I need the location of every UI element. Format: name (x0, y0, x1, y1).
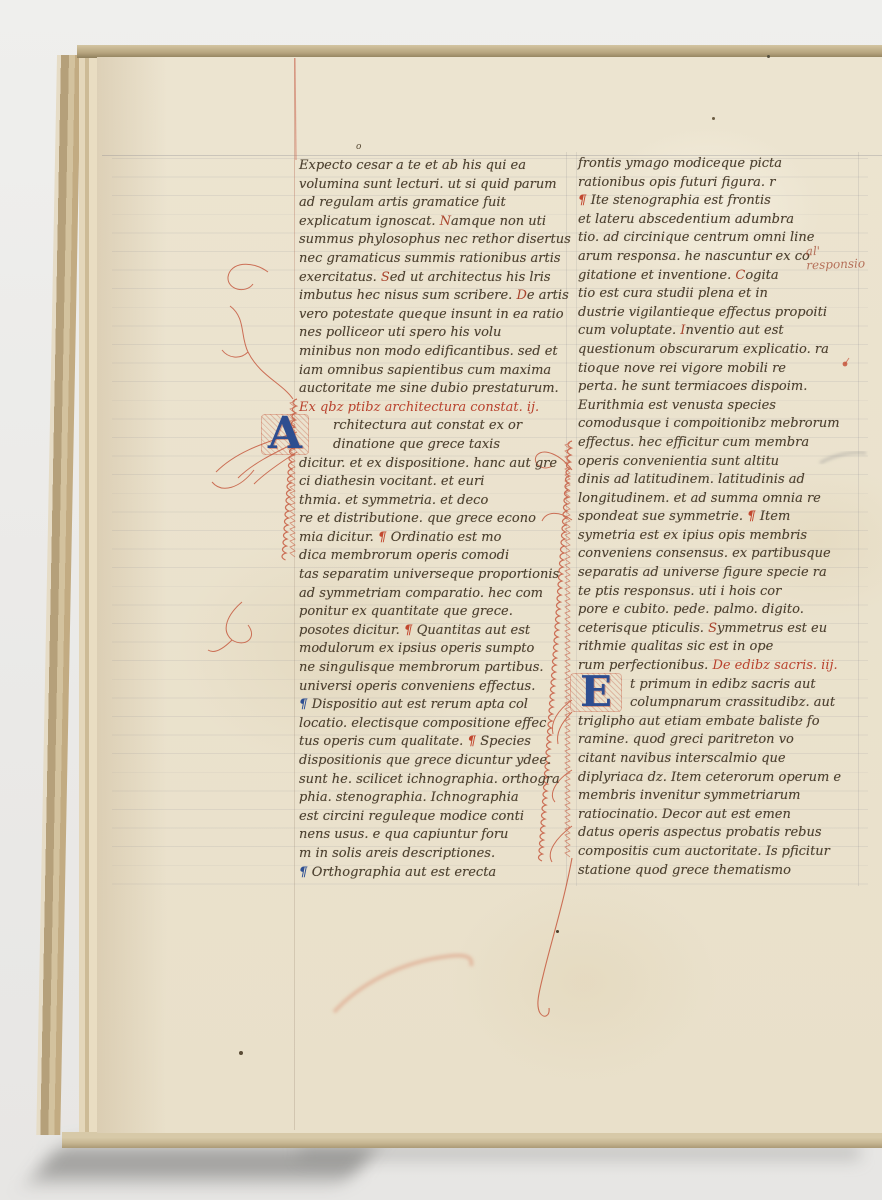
manuscript-text-line: m in solis areis descriptiones. (299, 845, 565, 864)
manuscript-text-line: nec gramaticus summis rationibus artis (299, 250, 565, 269)
manuscript-text-line: mia dicitur. ¶ Ordinatio est mo (299, 529, 565, 548)
ruling-vertical-line (576, 152, 577, 886)
manuscript-text-line: thmia. et symmetria. et deco (299, 492, 565, 511)
manuscript-text-line: ci diathesin vocitant. et euri (299, 473, 565, 492)
manuscript-text-line: tio est cura studii plena et in (578, 285, 850, 304)
manuscript-text-line: frontis ymago modiceque picta (578, 155, 850, 174)
manuscript-text-line: compositis cum auctoritate. Is pficitur (578, 843, 850, 862)
manuscript-text-line: tioque nove rei vigore mobili re (578, 360, 850, 379)
manuscript-text-line: locatio. electisque compositione effec (299, 715, 565, 734)
text-column-left: Expecto cesar a te et ab his qui eavolum… (299, 157, 565, 882)
bottom-page-edges (62, 1132, 882, 1148)
manuscript-text-line: ratiocinatio. Decor aut est emen (578, 806, 850, 825)
manuscript-text-line: posotes dicitur. ¶ Quantitas aut est (299, 622, 565, 641)
manuscript-text-line: triglipho aut etiam embate baliste fo (578, 713, 850, 732)
ruling-vertical-line (294, 58, 295, 1130)
interlinear-mark: o (356, 142, 361, 152)
manuscript-text-line: membris invenitur symmetriarum (578, 787, 850, 806)
manuscript-text-line: effectus. hec efficitur cum membra (578, 434, 850, 453)
manuscript-text-line: datus operis aspectus probatis rebus (578, 824, 850, 843)
manuscript-text-line: te ptis responsus. uti i hois cor (578, 583, 850, 602)
manuscript-text-line: iam omnibus sapientibus cum maxima (299, 362, 565, 381)
manuscript-text-line: operis convenientia sunt altitu (578, 453, 850, 472)
manuscript-text-line: rithmie qualitas sic est in ope (578, 638, 850, 657)
manuscript-text-line: summus phylosophus nec rethor disertus (299, 231, 565, 250)
manuscript-text-line: imbutus hec nisus sum scribere. De artis (299, 287, 565, 306)
manuscript-text-line: statione quod grece thematismo (578, 862, 850, 881)
ruling-vertical-line (566, 152, 567, 886)
manuscript-text-line: cum voluptate. Inventio aut est (578, 322, 850, 341)
manuscript-text-line: conveniens consensus. ex partibusque (578, 545, 850, 564)
manuscript-text-line: volumina sunt lecturi. ut si quid parum (299, 176, 565, 195)
manuscript-text-line: dicitur. et ex dispositione. hanc aut gr… (299, 455, 565, 474)
manuscript-text-line: diplyriaca dz. Item ceterorum operum e (578, 769, 850, 788)
manuscript-text-line: comodusque i compoitionibz mebrorum (578, 415, 850, 434)
manuscript-text-line: vero potestate queque insunt in ea ratio (299, 306, 565, 325)
manuscript-text-line: perta. he sunt termiacoes dispoim. (578, 378, 850, 397)
manuscript-text-line: Ex qbz ptibz architectura constat. ij. (299, 399, 565, 418)
manuscript-text-line: auctoritate me sine dubio prestaturum. (299, 380, 565, 399)
manuscript-text-line: citant navibus interscalmio que (578, 750, 850, 769)
manuscript-text-line: modulorum ex ipsius operis sumpto (299, 640, 565, 659)
manuscript-text-line: questionum obscurarum explicatio. ra (578, 341, 850, 360)
manuscript-text-line: spondeat sue symmetrie. ¶ Item (578, 508, 850, 527)
manuscript-text-line: symetria est ex ipius opis membris (578, 527, 850, 546)
manuscript-text-line: sunt he. scilicet ichnographia. orthogra (299, 771, 565, 790)
margin-note: al' responsio (806, 242, 882, 273)
manuscript-text-line: re et distributione. que grece econo (299, 510, 565, 529)
manuscript-text-line: nes polliceor uti spero his volu (299, 324, 565, 343)
manuscript-text-line: rchitectura aut constat ex or (299, 417, 565, 436)
binding-page-edges (79, 53, 97, 1139)
illuminated-initial-E: E (570, 673, 622, 712)
speck (712, 117, 715, 120)
manuscript-text-line: dinatione que grece taxis (299, 436, 565, 455)
manuscript-text-line: Eurithmia est venusta species (578, 397, 850, 416)
manuscript-text-line: ¶ Dispositio aut est rerum apta col (299, 696, 565, 715)
manuscript-text-line: separatis ad universe figure specie ra (578, 564, 850, 583)
manuscript-text-line: rationibus opis futuri figura. r (578, 174, 850, 193)
manuscript-text-line: ne singulisque membrorum partibus. (299, 659, 565, 678)
manuscript-text-line: ¶ Orthographia aut est erecta (299, 864, 565, 883)
manuscript-text-line: nens usus. e qua capiuntur foru (299, 826, 565, 845)
manuscript-text-line: dinis ad latitudinem. latitudinis ad (578, 471, 850, 490)
speck (239, 1051, 243, 1055)
manuscript-text-line: universi operis conveniens effectus. (299, 678, 565, 697)
manuscript-text-line: explicatum ignoscat. Namque non uti (299, 213, 565, 232)
manuscript-text-line: tus operis cum qualitate. ¶ Species (299, 733, 565, 752)
manuscript-text-line: dica membrorum operis comodi (299, 547, 565, 566)
manuscript-text-line: longitudinem. et ad summa omnia re (578, 490, 850, 509)
manuscript-text-line: dispositionis que grece dicuntur ydee. (299, 752, 565, 771)
speck (556, 930, 559, 933)
manuscript-text-line: Expecto cesar a te et ab his qui ea (299, 157, 565, 176)
manuscript-text-line: ramine. quod greci paritreton vo (578, 731, 850, 750)
manuscript-text-line: pore e cubito. pede. palmo. digito. (578, 601, 850, 620)
manuscript-text-line: ceterisque pticulis. Symmetrus est eu (578, 620, 850, 639)
manuscript-text-line: ad regulam artis gramatice fuit (299, 194, 565, 213)
manuscript-text-line: minibus non modo edificantibus. sed et (299, 343, 565, 362)
illuminated-initial-A: A (261, 414, 309, 455)
manuscript-text-line: et lateru abscedentium adumbra (578, 211, 850, 230)
manuscript-text-line: phia. stenographia. Ichnographia (299, 789, 565, 808)
manuscript-text-line: tas separatim universeque proportionis (299, 566, 565, 585)
photo-background: { "book": { "page_color": "#ece4d0", "in… (0, 0, 882, 1200)
speck (767, 55, 770, 58)
manuscript-text-line: exercitatus. Sed ut architectus his lris (299, 269, 565, 288)
binding-page-edges (36, 55, 81, 1135)
manuscript-text-line: ad symmetriam comparatio. hec com (299, 585, 565, 604)
manuscript-text-line: est circini reguleque modice conti (299, 808, 565, 827)
manuscript-text-line: ponitur ex quantitate que grece. (299, 603, 565, 622)
manuscript-text-line: dustrie vigilantieque effectus propoiti (578, 304, 850, 323)
manuscript-text-line: ¶ Ite stenographia est frontis (578, 192, 850, 211)
